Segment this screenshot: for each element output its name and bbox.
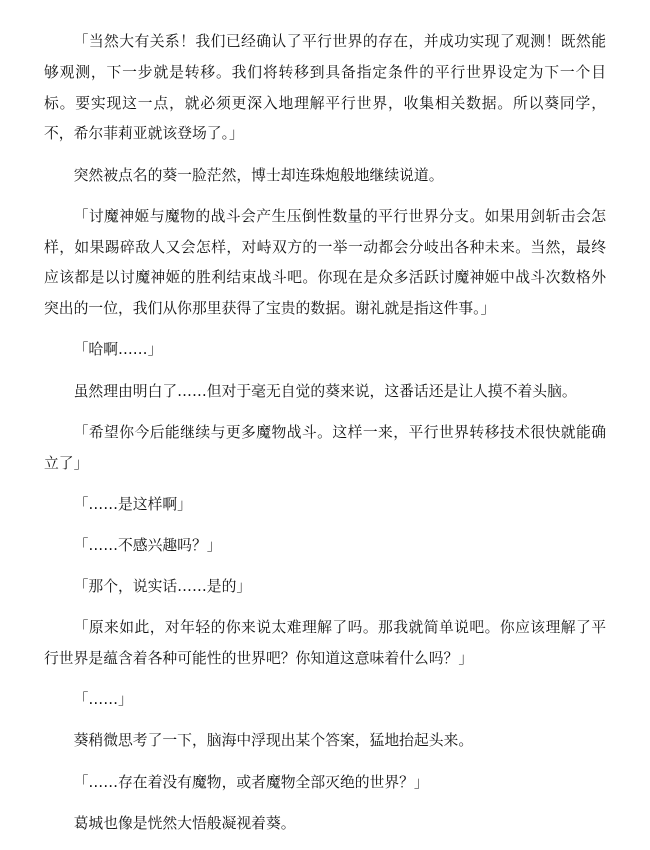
document-page: 「当然大有关系！我们已经确认了平行世界的存在，并成功实现了观测！既然能够观测，下… [44, 27, 606, 850]
paragraph-narration-katsuragi: 葛城也像是恍然大悟般凝视着葵。 [44, 809, 606, 840]
paragraph-dialogue-simple-explanation: 「原来如此，对年轻的你来说太难理解了吗。那我就简单说吧。你应该理解了平行世界是蕴… [44, 613, 606, 675]
paragraph-narration-understood: 虽然理由明白了……但对于毫无自觉的葵来说，这番话还是让人摸不着头脑。 [44, 377, 606, 408]
paragraph-dialogue-is-that-so: 「……是这样啊」 [44, 490, 606, 521]
paragraph-dialogue-honestly-yes: 「那个，说实话……是的」 [44, 572, 606, 603]
paragraph-dialogue-parallel-worlds: 「当然大有关系！我们已经确认了平行世界的存在，并成功实现了观测！既然能够观测，下… [44, 27, 606, 150]
paragraph-dialogue-hope-fight: 「希望你今后能继续与更多魔物战斗。这样一来，平行世界转移技术很快就能确立了」 [44, 418, 606, 480]
paragraph-dialogue-silence: 「……」 [44, 685, 606, 716]
paragraph-narration-aoi-thinks: 葵稍微思考了一下，脑海中浮现出某个答案，猛地抬起头来。 [44, 726, 606, 757]
paragraph-dialogue-battle-branches: 「讨魔神姬与魔物的战斗会产生压倒性数量的平行世界分支。如果用剑斩击会怎样，如果踢… [44, 202, 606, 325]
paragraph-narration-aoi-named: 突然被点名的葵一脸茫然，博士却连珠炮般地继续说道。 [44, 161, 606, 192]
paragraph-dialogue-world-without-monsters: 「……存在着没有魔物，或者魔物全部灭绝的世界？」 [44, 768, 606, 799]
paragraph-dialogue-haa: 「哈啊……」 [44, 335, 606, 366]
paragraph-dialogue-not-interested: 「……不感兴趣吗？」 [44, 531, 606, 562]
